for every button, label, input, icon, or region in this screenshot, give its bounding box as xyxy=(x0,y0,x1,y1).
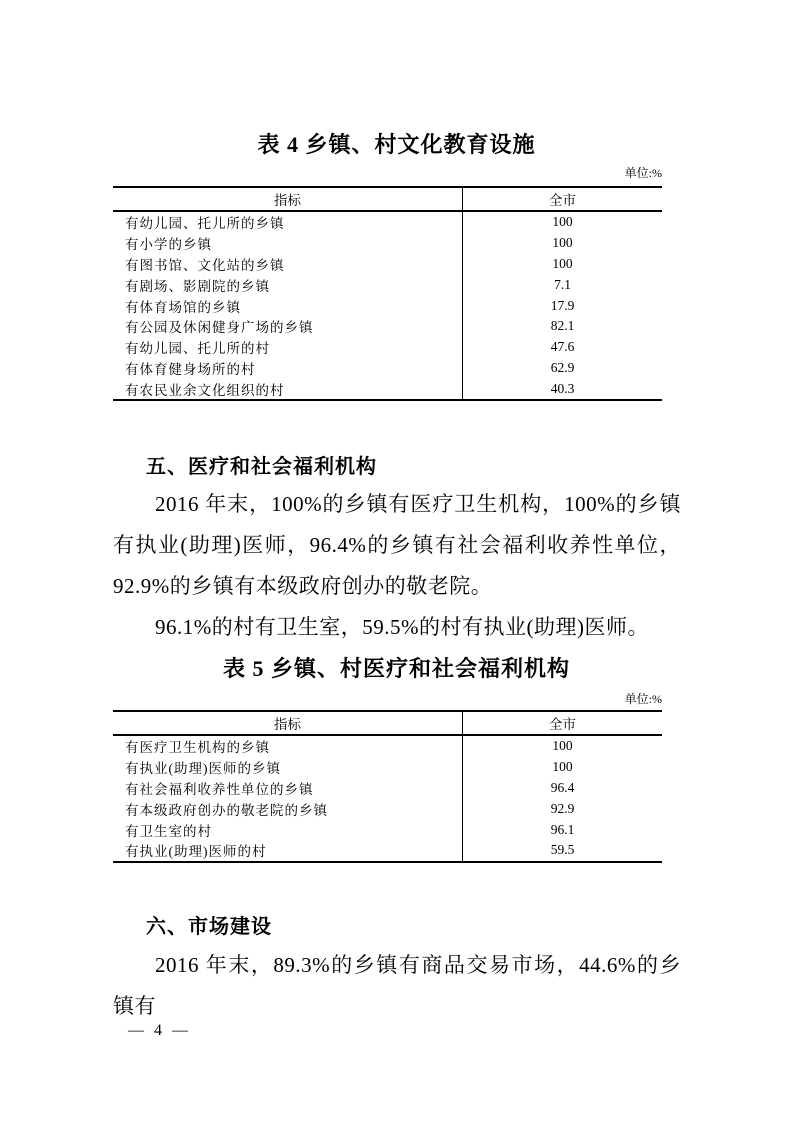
value-cell: 100 xyxy=(463,735,663,757)
indicator-cell: 有公园及休闲健身广场的乡镇 xyxy=(113,316,463,337)
value-cell: 7.1 xyxy=(463,274,663,295)
indicator-cell: 有体育健身场所的村 xyxy=(113,358,463,379)
value-cell: 47.6 xyxy=(463,337,663,358)
table-row: 有社会福利收养性单位的乡镇 96.4 xyxy=(113,778,662,799)
value-cell: 96.4 xyxy=(463,778,663,799)
indicator-cell: 有执业(助理)医师的村 xyxy=(113,840,463,862)
table-row: 有本级政府创办的敬老院的乡镇 92.9 xyxy=(113,798,662,819)
table5-header-indicator: 指标 xyxy=(113,711,463,735)
table-row: 有执业(助理)医师的村 59.5 xyxy=(113,840,662,862)
table-row: 有图书馆、文化站的乡镇 100 xyxy=(113,254,662,275)
table-row: 有体育健身场所的村 62.9 xyxy=(113,358,662,379)
indicator-cell: 有幼儿园、托儿所的乡镇 xyxy=(113,211,463,233)
indicator-cell: 有本级政府创办的敬老院的乡镇 xyxy=(113,798,463,819)
indicator-cell: 有医疗卫生机构的乡镇 xyxy=(113,735,463,757)
table-row: 有医疗卫生机构的乡镇 100 xyxy=(113,735,662,757)
indicator-cell: 有卫生室的村 xyxy=(113,819,463,840)
value-cell: 100 xyxy=(463,233,663,254)
indicator-cell: 有剧场、影剧院的乡镇 xyxy=(113,274,463,295)
table-row: 有幼儿园、托儿所的乡镇 100 xyxy=(113,211,662,233)
table5-title: 表 5 乡镇、村医疗和社会福利机构 xyxy=(0,652,793,683)
document-page: 表 4 乡镇、村文化教育设施 单位:% 指标 全市 有幼儿园、托儿所的乡镇 10… xyxy=(0,0,793,1122)
indicator-cell: 有图书馆、文化站的乡镇 xyxy=(113,254,463,275)
table4: 指标 全市 有幼儿园、托儿所的乡镇 100 有小学的乡镇 100 有图书馆、文化… xyxy=(113,186,662,401)
table-row: 有幼儿园、托儿所的村 47.6 xyxy=(113,337,662,358)
value-cell: 82.1 xyxy=(463,316,663,337)
table-row: 有卫生室的村 96.1 xyxy=(113,819,662,840)
section6-heading: 六、市场建设 xyxy=(146,910,272,939)
value-cell: 17.9 xyxy=(463,295,663,316)
indicator-cell: 有幼儿园、托儿所的村 xyxy=(113,337,463,358)
table4-header-value: 全市 xyxy=(463,187,663,211)
table-row: 有小学的乡镇 100 xyxy=(113,233,662,254)
table5-unit-label: 单位:% xyxy=(113,690,662,707)
value-cell: 59.5 xyxy=(463,840,663,862)
table-row: 有公园及休闲健身广场的乡镇 82.1 xyxy=(113,316,662,337)
value-cell: 62.9 xyxy=(463,358,663,379)
table5: 指标 全市 有医疗卫生机构的乡镇 100 有执业(助理)医师的乡镇 100 有社… xyxy=(113,710,662,863)
table-row: 有体育场馆的乡镇 17.9 xyxy=(113,295,662,316)
table5-header-row: 指标 全市 xyxy=(113,711,662,735)
section5-paragraph-2: 96.1%的村有卫生室，59.5%的村有执业(助理)医师。 xyxy=(113,607,681,648)
value-cell: 40.3 xyxy=(463,378,663,400)
section5-paragraph-1: 2016 年末，100%的乡镇有医疗卫生机构，100%的乡镇有执业(助理)医师，… xyxy=(113,484,681,607)
indicator-cell: 有执业(助理)医师的乡镇 xyxy=(113,757,463,778)
table5-header-value: 全市 xyxy=(463,711,663,735)
table4-title: 表 4 乡镇、村文化教育设施 xyxy=(0,128,793,159)
table-row: 有执业(助理)医师的乡镇 100 xyxy=(113,757,662,778)
value-cell: 100 xyxy=(463,757,663,778)
indicator-cell: 有小学的乡镇 xyxy=(113,233,463,254)
table4-unit-label: 单位:% xyxy=(113,164,662,181)
value-cell: 96.1 xyxy=(463,819,663,840)
value-cell: 92.9 xyxy=(463,798,663,819)
indicator-cell: 有体育场馆的乡镇 xyxy=(113,295,463,316)
value-cell: 100 xyxy=(463,211,663,233)
section5-heading: 五、医疗和社会福利机构 xyxy=(146,450,377,479)
value-cell: 100 xyxy=(463,254,663,275)
table-row: 有剧场、影剧院的乡镇 7.1 xyxy=(113,274,662,295)
table4-header-indicator: 指标 xyxy=(113,187,463,211)
indicator-cell: 有农民业余文化组织的村 xyxy=(113,378,463,400)
indicator-cell: 有社会福利收养性单位的乡镇 xyxy=(113,778,463,799)
page-number: — 4 — xyxy=(128,1022,188,1040)
table-row: 有农民业余文化组织的村 40.3 xyxy=(113,378,662,400)
table4-header-row: 指标 全市 xyxy=(113,187,662,211)
section6-paragraph-1: 2016 年末，89.3%的乡镇有商品交易市场，44.6%的乡镇有 xyxy=(113,945,681,1027)
